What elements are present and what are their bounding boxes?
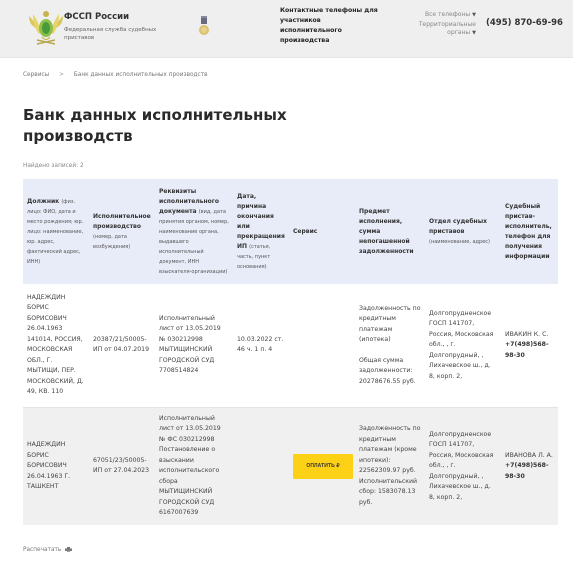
bailiff-name: ИВАНОВА Л. А.	[505, 452, 553, 459]
col-title: Дата, причина окончания или прекращения …	[237, 193, 285, 250]
cell-debtor: НАДЕЖДИН БОРИС БОРИСОВИЧ 26.04.1963 1410…	[23, 284, 89, 407]
table-row: НАДЕЖДИН БОРИС БОРИСОВИЧ 26.04.1963 Г. Т…	[23, 407, 558, 525]
breadcrumb: Сервисы > Банк данных исполнительных про…	[23, 72, 208, 78]
col-bailiff: Судебный пристав-исполнитель, телефон дл…	[501, 179, 558, 284]
cell-subject: Задолженность по кредитным платежам (кро…	[355, 407, 425, 525]
phones-menu: Все телефоны▼ Территориальные органы▼	[398, 11, 476, 38]
table-row: НАДЕЖДИН БОРИС БОРИСОВИЧ 26.04.1963 1410…	[23, 284, 558, 407]
printer-icon	[65, 547, 72, 552]
all-phones-dropdown[interactable]: Все телефоны▼	[398, 11, 476, 20]
brand-subtitle: Федеральная служба судебных приставов	[64, 26, 174, 42]
col-subject: Предмет исполнения, сумма непогашенной з…	[355, 179, 425, 284]
cell-service	[289, 284, 355, 407]
cell-proceeding: 20387/21/50005-ИП от 04.07.2019	[89, 284, 155, 407]
breadcrumb-current: Банк данных исполнительных производств	[74, 72, 208, 78]
bailiff-phone[interactable]: +7(498)568-98-30	[505, 462, 549, 480]
col-service: Сервис	[289, 179, 355, 284]
caret-down-icon: ▼	[472, 12, 476, 18]
bailiff-name: ИВАКИН К. С.	[505, 331, 548, 338]
breadcrumb-separator: >	[59, 72, 64, 78]
medal-icon	[198, 16, 210, 38]
found-records-count: Найдено записей: 2	[23, 163, 84, 169]
col-title: Судебный пристав-исполнитель, телефон дл…	[505, 203, 552, 260]
col-department: Отдел судебных приставов(наименование, а…	[425, 179, 501, 284]
page-title: Банк данных исполнительных производств	[23, 105, 353, 147]
col-subtitle: (вид, дата принятия органом, номер, наим…	[159, 209, 229, 275]
cell-debtor: НАДЕЖДИН БОРИС БОРИСОВИЧ 26.04.1963 Г. Т…	[23, 407, 89, 525]
col-proceeding: Исполнительное производство(номер, дата …	[89, 179, 155, 284]
cell-department: Долгопрудненское ГОСП 141707, Россия, Мо…	[425, 284, 501, 407]
print-label: Распечатать	[23, 547, 61, 553]
cell-bailiff: ИВАНОВА Л. А.+7(498)568-98-30	[501, 407, 558, 525]
subject-text: Задолженность по кредитным платежам (ипо…	[359, 305, 421, 344]
all-phones-label: Все телефоны	[425, 11, 470, 18]
col-subtitle: (номер, дата возбуждения)	[93, 234, 130, 250]
col-title: Предмет исполнения, сумма непогашенной з…	[359, 208, 414, 255]
col-title: Исполнительное производство	[93, 213, 151, 230]
cell-document: Исполнительный лист от 13.05.2019 № ФС 0…	[155, 407, 233, 525]
col-title: Сервис	[293, 228, 317, 235]
col-title: Отдел судебных приставов	[429, 218, 487, 235]
caret-down-icon: ▼	[472, 30, 476, 36]
print-link[interactable]: Распечатать	[23, 547, 72, 553]
col-title: Должник	[27, 198, 59, 205]
main-phone[interactable]: (495) 870-69-96	[486, 18, 563, 28]
cell-document: Исполнительный лист от 13.05.2019 № 0302…	[155, 284, 233, 407]
cell-end-reason	[233, 407, 289, 525]
subject-total: Общая сумма задолженности: 20278676.55 р…	[359, 357, 416, 385]
territorial-bodies-label: Территориальные органы	[419, 21, 476, 37]
territorial-bodies-dropdown[interactable]: Территориальные органы▼	[398, 21, 476, 38]
col-end-reason: Дата, причина окончания или прекращения …	[233, 179, 289, 284]
cell-department: Долгопрудненское ГОСП 141707, Россия, Мо…	[425, 407, 501, 525]
cell-subject: Задолженность по кредитным платежам (ипо…	[355, 284, 425, 407]
breadcrumb-services[interactable]: Сервисы	[23, 72, 49, 78]
bailiff-phone[interactable]: +7(498)568-98-30	[505, 341, 549, 359]
cell-bailiff: ИВАКИН К. С.+7(498)568-98-30	[501, 284, 558, 407]
site-header: ФССП России Федеральная служба судебных …	[0, 0, 573, 58]
proceedings-table: Должник (физ. лицо: ФИО, дата и место ро…	[23, 179, 558, 525]
table-header-row: Должник (физ. лицо: ФИО, дата и место ро…	[23, 179, 558, 284]
col-subtitle: (наименование, адрес)	[429, 239, 490, 245]
brand-title[interactable]: ФССП России	[64, 12, 129, 22]
col-subtitle: (физ. лицо: ФИО, дата и место рождения; …	[27, 199, 83, 265]
fssp-emblem-logo[interactable]	[25, 8, 67, 48]
cell-proceeding: 67051/23/50005-ИП от 27.04.2023	[89, 407, 155, 525]
cell-service: ОПЛАТИТЬ ₽	[289, 407, 355, 525]
col-debtor: Должник (физ. лицо: ФИО, дата и место ро…	[23, 179, 89, 284]
cell-end-reason: 10.03.2022 ст. 46 ч. 1 п. 4	[233, 284, 289, 407]
contacts-title: Контактные телефоны для участников испол…	[280, 6, 380, 46]
pay-button[interactable]: ОПЛАТИТЬ ₽	[293, 454, 353, 479]
col-document: Реквизиты исполнительного документа (вид…	[155, 179, 233, 284]
